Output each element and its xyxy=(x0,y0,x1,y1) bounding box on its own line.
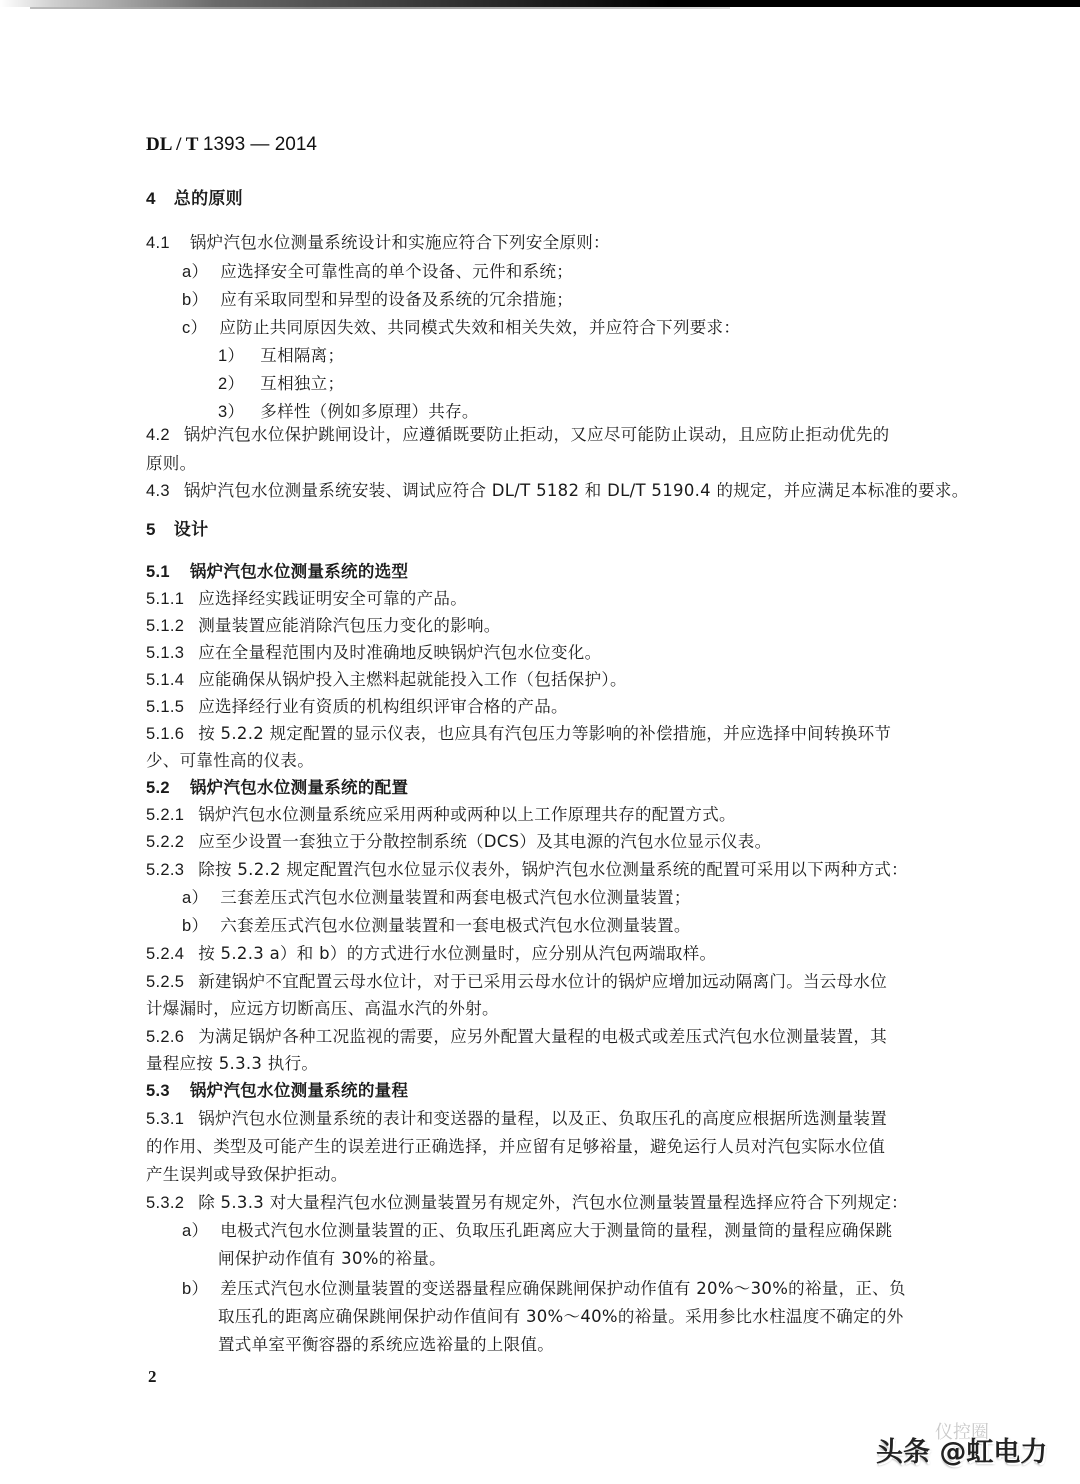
clause-number: 5.2 xyxy=(146,778,170,798)
clause-number: 5.2.5 xyxy=(146,972,184,992)
clause-number: a） xyxy=(182,1221,208,1241)
clause-s5-2-5: 5.2.5新建锅炉不宜配置云母水位计，对于已采用云母水位计的锅炉应增加远动隔离门… xyxy=(146,972,887,992)
clause-number: 5.2.4 xyxy=(146,944,184,964)
clause-text: 锅炉汽包水位测量系统的选型 xyxy=(190,562,408,581)
standard-code-header: DL / T 1393 — 2014 xyxy=(146,134,317,156)
clause-s5: 5设计 xyxy=(146,520,208,540)
clause-s4-1c: c）应防止共同原因失效、共同模式失效和相关失效，并应符合下列要求： xyxy=(182,318,740,338)
clause-text: 测量装置应能消除汽包压力变化的影响。 xyxy=(198,616,500,635)
clause-number: 4.1 xyxy=(146,233,170,253)
clause-text: 锅炉汽包水位测量系统的表计和变送器的量程，以及正、负取压孔的高度应根据所选测量装… xyxy=(198,1109,887,1128)
clause-s5-1-1: 5.1.1应选择经实践证明安全可靠的产品。 xyxy=(146,589,467,609)
clause-text: 锅炉汽包水位保护跳闸设计，应遵循既要防止拒动，又应尽可能防止误动，且应防止拒动优… xyxy=(184,425,890,444)
clause-s5-3-1c: 产生误判或导致保护拒动。 xyxy=(146,1165,348,1185)
clause-number: 5.2.6 xyxy=(146,1027,184,1047)
clause-text: 设计 xyxy=(174,520,209,540)
clause-s5-1-5: 5.1.5应选择经行业有资质的机构组织评审合格的产品。 xyxy=(146,697,568,717)
page-number: 2 xyxy=(148,1367,157,1387)
clause-s5-2-4: 5.2.4按 5.2.3 a）和 b）的方式进行水位测量时，应分别从汽包两端取样… xyxy=(146,944,716,964)
clause-s4-3: 4.3锅炉汽包水位测量系统安装、调试应符合 DL/T 5182 和 DL/T 5… xyxy=(146,481,969,501)
scan-edge-artifact xyxy=(0,0,1080,7)
clause-number: 3） xyxy=(218,402,244,422)
clause-s5-1-3: 5.1.3应在全量程范围内及时准确地反映锅炉汽包水位变化。 xyxy=(146,643,601,663)
clause-s5-2-3: 5.2.3除按 5.2.2 规定配置汽包水位显示仪表外，锅炉汽包水位测量系统的配… xyxy=(146,860,908,880)
clause-text: 少、可靠性高的仪表。 xyxy=(146,751,314,770)
clause-s5-2: 5.2锅炉汽包水位测量系统的配置 xyxy=(146,778,408,798)
clause-s5-1-2: 5.1.2测量装置应能消除汽包压力变化的影响。 xyxy=(146,616,501,636)
clause-s4-1b: b）应有采取同型和异型的设备及系统的冗余措施； xyxy=(182,290,573,310)
clause-number: 5.1 xyxy=(146,562,170,582)
clause-text: 应选择经实践证明安全可靠的产品。 xyxy=(198,589,467,608)
standard-code: DL / T xyxy=(146,134,198,155)
clause-number: b） xyxy=(182,916,208,936)
clause-s5-1-6: 5.1.6按 5.2.2 规定配置的显示仪表，也应具有汽包压力等影响的补偿措施，… xyxy=(146,724,891,744)
clause-s5-2-6b: 量程应按 5.3.3 执行。 xyxy=(146,1054,318,1074)
clause-text: 应选择安全可靠性高的单个设备、元件和系统； xyxy=(220,262,573,281)
clause-text: 闸保护动作值有 30%的裕量。 xyxy=(218,1249,446,1268)
clause-text: 除 5.3.3 对大量程汽包水位测量装置另有规定外，汽包水位测量装置量程选择应符… xyxy=(198,1193,908,1212)
clause-s5-3-2b: b）差压式汽包水位测量装置的变送器量程应确保跳闸保护动作值有 20%～30%的裕… xyxy=(182,1279,906,1299)
clause-s5-2-3b: b）六套差压式汽包水位测量装置和一套电极式汽包水位测量装置。 xyxy=(182,916,691,936)
clause-s5-3-2a2: 闸保护动作值有 30%的裕量。 xyxy=(218,1249,446,1269)
clause-text: 锅炉汽包水位测量系统的配置 xyxy=(190,778,408,797)
clause-text: 应选择经行业有资质的机构组织评审合格的产品。 xyxy=(198,697,568,716)
clause-text: 锅炉汽包水位测量系统应采用两种或两种以上工作原理共存的配置方式。 xyxy=(198,805,736,824)
clause-s4-1: 4.1锅炉汽包水位测量系统设计和实施应符合下列安全原则： xyxy=(146,233,610,253)
clause-number: 5.1.1 xyxy=(146,589,184,609)
clause-s4-1a: a）应选择安全可靠性高的单个设备、元件和系统； xyxy=(182,262,573,282)
clause-text: 应防止共同原因失效、共同模式失效和相关失效，并应符合下列要求： xyxy=(219,318,740,337)
clause-s5-1-4: 5.1.4应能确保从锅炉投入主燃料起就能投入工作（包括保护）。 xyxy=(146,670,627,690)
clause-text: 总的原则 xyxy=(174,189,243,209)
clause-text: 互相独立； xyxy=(260,374,344,393)
clause-number: 4 xyxy=(146,189,156,209)
clause-number: 5.3.1 xyxy=(146,1109,184,1129)
clause-text: 为满足锅炉各种工况监视的需要，应另外配置大量程的电极式或差压式汽包水位测量装置，… xyxy=(198,1027,887,1046)
clause-text: 取压孔的距离应确保跳闸保护动作值间有 30%～40%的裕量。采用参比水柱温度不确… xyxy=(218,1307,904,1326)
clause-number: a） xyxy=(182,262,208,282)
clause-s4-1c1: 1）互相隔离； xyxy=(218,346,344,366)
clause-s5-2-2: 5.2.2应至少设置一套独立于分散控制系统（DCS）及其电源的汽包水位显示仪表。 xyxy=(146,832,771,852)
clause-number: b） xyxy=(182,1279,208,1299)
clause-text: 应能确保从锅炉投入主燃料起就能投入工作（包括保护）。 xyxy=(198,670,627,689)
clause-number: 5.1.2 xyxy=(146,616,184,636)
clause-text: 除按 5.2.2 规定配置汽包水位显示仪表外，锅炉汽包水位测量系统的配置可采用以… xyxy=(198,860,908,879)
clause-text: 六套差压式汽包水位测量装置和一套电极式汽包水位测量装置。 xyxy=(220,916,690,935)
clause-s5-2-5b: 计爆漏时，应远方切断高压、高温水汽的外射。 xyxy=(146,999,499,1019)
scan-edge-artifact-2 xyxy=(30,7,730,9)
clause-number: 4.3 xyxy=(146,481,170,501)
clause-s5-2-3a: a）三套差压式汽包水位测量装置和两套电极式汽包水位测量装置； xyxy=(182,888,691,908)
clause-text: 三套差压式汽包水位测量装置和两套电极式汽包水位测量装置； xyxy=(220,888,690,907)
clause-text: 新建锅炉不宜配置云母水位计，对于已采用云母水位计的锅炉应增加远动隔离门。当云母水… xyxy=(198,972,887,991)
clause-number: 5.2.1 xyxy=(146,805,184,825)
clause-text: 锅炉汽包水位测量系统设计和实施应符合下列安全原则： xyxy=(190,233,610,252)
clause-text: 锅炉汽包水位测量系统的量程 xyxy=(190,1081,408,1100)
clause-number: 5.1.4 xyxy=(146,670,184,690)
clause-text: 计爆漏时，应远方切断高压、高温水汽的外射。 xyxy=(146,999,499,1018)
clause-s4-1c3: 3）多样性（例如多原理）共存。 xyxy=(218,402,479,422)
clause-text: 应在全量程范围内及时准确地反映锅炉汽包水位变化。 xyxy=(198,643,601,662)
clause-number: a） xyxy=(182,888,208,908)
clause-s4-2: 4.2锅炉汽包水位保护跳闸设计，应遵循既要防止拒动，又应尽可能防止误动，且应防止… xyxy=(146,425,889,445)
clause-number: 4.2 xyxy=(146,425,170,445)
clause-s5-1-6b: 少、可靠性高的仪表。 xyxy=(146,751,314,771)
clause-text: 产生误判或导致保护拒动。 xyxy=(146,1165,348,1184)
clause-s4-1c2: 2）互相独立； xyxy=(218,374,344,394)
clause-number: 5.1.6 xyxy=(146,724,184,744)
clause-number: 2） xyxy=(218,374,244,394)
clause-number: 5.1.3 xyxy=(146,643,184,663)
clause-s4: 4总的原则 xyxy=(146,189,243,209)
clause-number: 5.3 xyxy=(146,1081,170,1101)
clause-number: 5.3.2 xyxy=(146,1193,184,1213)
clause-s5-3: 5.3锅炉汽包水位测量系统的量程 xyxy=(146,1081,408,1101)
clause-number: c） xyxy=(182,318,207,338)
clause-number: b） xyxy=(182,290,208,310)
clause-text: 差压式汽包水位测量装置的变送器量程应确保跳闸保护动作值有 20%～30%的裕量，… xyxy=(220,1279,906,1298)
clause-text: 置式单室平衡容器的系统应选裕量的上限值。 xyxy=(218,1335,554,1354)
clause-text: 锅炉汽包水位测量系统安装、调试应符合 DL/T 5182 和 DL/T 5190… xyxy=(184,481,969,500)
clause-s5-3-1: 5.3.1锅炉汽包水位测量系统的表计和变送器的量程，以及正、负取压孔的高度应根据… xyxy=(146,1109,887,1129)
clause-s5-1: 5.1锅炉汽包水位测量系统的选型 xyxy=(146,562,408,582)
clause-number: 5.2.2 xyxy=(146,832,184,852)
clause-text: 量程应按 5.3.3 执行。 xyxy=(146,1054,318,1073)
clause-s5-2-6: 5.2.6为满足锅炉各种工况监视的需要，应另外配置大量程的电极式或差压式汽包水位… xyxy=(146,1027,887,1047)
clause-text: 按 5.2.2 规定配置的显示仪表，也应具有汽包压力等影响的补偿措施，并应选择中… xyxy=(198,724,891,743)
clause-number: 1） xyxy=(218,346,244,366)
watermark: 头条 @虹电力 xyxy=(876,1430,1047,1469)
clause-text: 按 5.2.3 a）和 b）的方式进行水位测量时，应分别从汽包两端取样。 xyxy=(198,944,716,963)
clause-text: 多样性（例如多原理）共存。 xyxy=(260,402,478,421)
clause-s4-2b: 原则。 xyxy=(146,454,196,474)
clause-number: 5.2.3 xyxy=(146,860,184,880)
clause-s5-2-1: 5.2.1锅炉汽包水位测量系统应采用两种或两种以上工作原理共存的配置方式。 xyxy=(146,805,736,825)
clause-s5-3-2b3: 置式单室平衡容器的系统应选裕量的上限值。 xyxy=(218,1335,554,1355)
clause-text: 的作用、类型及可能产生的误差进行正确选择，并应留有足够裕量，避免运行人员对汽包实… xyxy=(146,1137,885,1156)
clause-s5-3-2b2: 取压孔的距离应确保跳闸保护动作值间有 30%～40%的裕量。采用参比水柱温度不确… xyxy=(218,1307,904,1327)
clause-text: 应至少设置一套独立于分散控制系统（DCS）及其电源的汽包水位显示仪表。 xyxy=(198,832,771,851)
clause-s5-3-1b: 的作用、类型及可能产生的误差进行正确选择，并应留有足够裕量，避免运行人员对汽包实… xyxy=(146,1137,885,1157)
clause-text: 互相隔离； xyxy=(260,346,344,365)
clause-s5-3-2a: a）电极式汽包水位测量装置的正、负取压孔距离应大于测量筒的量程，测量筒的量程应确… xyxy=(182,1221,892,1241)
standard-number: 1393 — 2014 xyxy=(203,134,317,155)
clause-text: 电极式汽包水位测量装置的正、负取压孔距离应大于测量筒的量程，测量筒的量程应确保跳 xyxy=(220,1221,892,1240)
clause-number: 5 xyxy=(146,520,156,540)
clause-s5-3-2: 5.3.2除 5.3.3 对大量程汽包水位测量装置另有规定外，汽包水位测量装置量… xyxy=(146,1193,908,1213)
clause-text: 应有采取同型和异型的设备及系统的冗余措施； xyxy=(220,290,573,309)
clause-number: 5.1.5 xyxy=(146,697,184,717)
clause-text: 原则。 xyxy=(146,454,196,473)
